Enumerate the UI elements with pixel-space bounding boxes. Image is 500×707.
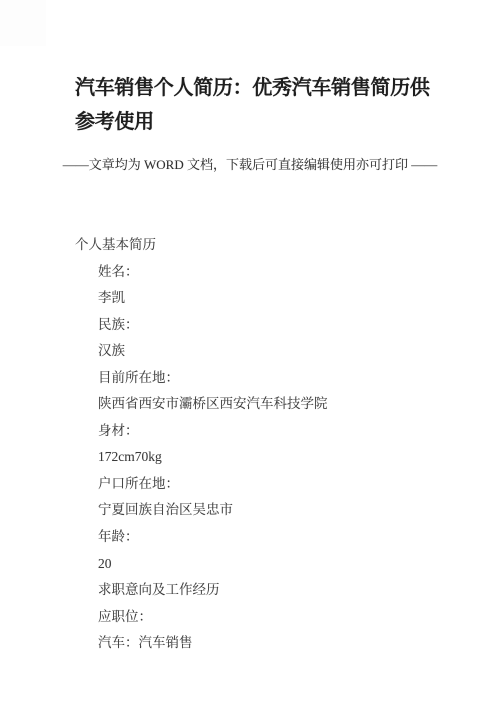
page-title: 汽车销售个人简历：优秀汽车销售简历供 参考使用: [75, 71, 465, 139]
current-location-label: 目前所在地：: [75, 365, 475, 392]
download-note: ——文章均为 WORD 文档，下载后可直接编辑使用亦可打印 ——: [0, 155, 500, 174]
age-label: 年龄：: [75, 524, 475, 551]
household-location-label: 户口所在地：: [75, 471, 475, 498]
current-location-value: 陕西省西安市灞桥区西安汽车科技学院: [75, 391, 475, 418]
section-heading-job-intention: 求职意向及工作经历: [75, 577, 475, 604]
name-value: 李凯: [75, 285, 475, 312]
stature-label: 身材：: [75, 418, 475, 445]
name-label: 姓名：: [75, 259, 475, 286]
ethnicity-label: 民族：: [75, 312, 475, 339]
age-value: 20: [75, 551, 475, 578]
document-page: 汽车销售个人简历：优秀汽车销售简历供 参考使用 ——文章均为 WORD 文档，下…: [0, 0, 500, 707]
applied-position-label: 应职位：: [75, 604, 475, 631]
page-title-line-2: 参考使用: [75, 105, 465, 139]
resume-body: 个人基本简历 姓名： 李凯 民族： 汉族 目前所在地： 陕西省西安市灞桥区西安汽…: [75, 232, 475, 657]
page-title-line-1: 汽车销售个人简历：优秀汽车销售简历供: [75, 71, 465, 105]
section-heading-basic-resume: 个人基本简历: [75, 232, 475, 259]
stature-value: 172cm70kg: [75, 444, 475, 471]
ethnicity-value: 汉族: [75, 338, 475, 365]
applied-position-value: 汽车：汽车销售: [75, 630, 475, 657]
household-location-value: 宁夏回族自治区吴忠市: [75, 497, 475, 524]
scan-corner-artifact: [0, 0, 46, 46]
